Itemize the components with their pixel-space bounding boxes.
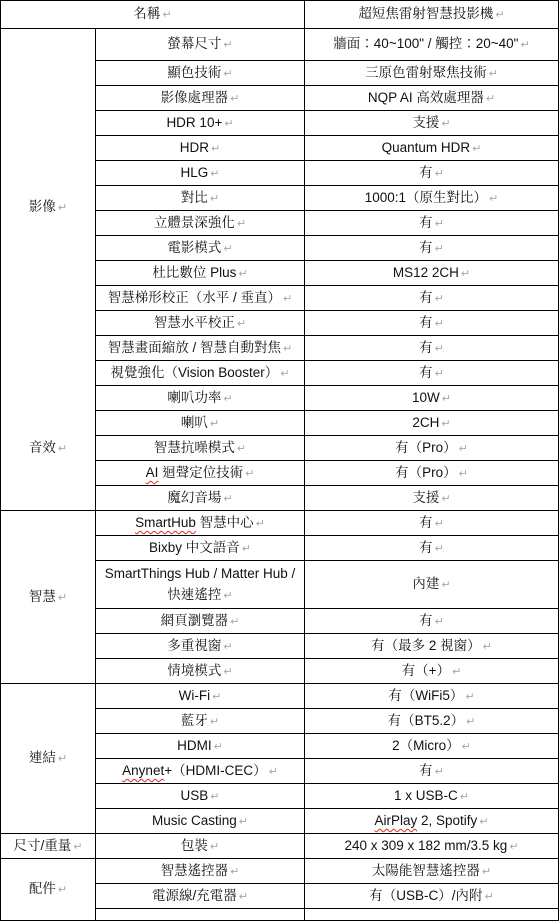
misspelled-word: SmartHub (135, 515, 196, 530)
paragraph-mark-icon: ↵ (237, 443, 246, 455)
paragraph-mark-icon: ↵ (435, 293, 444, 305)
misspelled-word: AirPlay (374, 813, 417, 828)
paragraph-mark-icon: ↵ (223, 243, 232, 255)
value-cell: 有↵ (305, 361, 559, 386)
spec-cell: 立體景深強化↵ (96, 211, 305, 236)
spec-cell: 情境模式↵ (96, 659, 305, 684)
paragraph-mark-icon: ↵ (435, 343, 444, 355)
table-row: 連結↵Wi-Fi↵有（WiFi5）↵ (1, 684, 559, 709)
paragraph-mark-icon: ↵ (239, 891, 248, 903)
spec-cell: 喇叭功率↵ (96, 386, 305, 411)
spec-cell: 杜比數位 Plus↵ (96, 261, 305, 286)
paragraph-mark-icon: ↵ (58, 443, 67, 455)
spec-cell: 對比↵ (96, 186, 305, 211)
category-cell: 音效↵ (1, 386, 96, 511)
paragraph-mark-icon: ↵ (162, 9, 171, 21)
paragraph-mark-icon: ↵ (441, 579, 450, 591)
spec-cell: 影像處理器↵ (96, 86, 305, 111)
category-cell: 尺寸/重量↵ (1, 834, 96, 859)
paragraph-mark-icon: ↵ (442, 393, 451, 405)
paragraph-mark-icon: ↵ (210, 841, 219, 853)
spec-cell: 智慧遙控器↵ (96, 859, 305, 884)
paragraph-mark-icon: ↵ (435, 766, 444, 778)
spec-cell: 智慧抗噪模式↵ (96, 436, 305, 461)
value-cell: 1 x USB-C↵ (305, 784, 559, 809)
paragraph-mark-icon: ↵ (486, 93, 495, 105)
paragraph-mark-icon: ↵ (283, 293, 292, 305)
spec-cell: 顯色技術↵ (96, 61, 305, 86)
spec-cell: HDR↵ (96, 136, 305, 161)
paragraph-mark-icon: ↵ (472, 143, 481, 155)
paragraph-mark-icon: ↵ (58, 592, 67, 604)
category-cell: 影像↵ (1, 29, 96, 386)
spec-cell: HLG↵ (96, 161, 305, 186)
paragraph-mark-icon: ↵ (238, 268, 247, 280)
value-cell: 太陽能智慧遙控器↵ (305, 859, 559, 884)
value-cell: 有↵ (305, 161, 559, 186)
paragraph-mark-icon: ↵ (239, 816, 248, 828)
paragraph-mark-icon: ↵ (466, 716, 475, 728)
spec-cell: 網頁瀏覽器↵ (96, 609, 305, 634)
category-cell: 配件↵ (1, 859, 96, 921)
value-cell: 有（Pro）↵ (305, 436, 559, 461)
paragraph-mark-icon: ↵ (210, 716, 219, 728)
value-cell: 支援↵ (305, 486, 559, 511)
spec-cell: 魔幻音場↵ (96, 486, 305, 511)
header-row: 名稱↵超短焦雷射智慧投影機↵ (1, 1, 559, 29)
paragraph-mark-icon: ↵ (211, 143, 220, 155)
paragraph-mark-icon: ↵ (237, 318, 246, 330)
paragraph-mark-icon: ↵ (482, 866, 491, 878)
paragraph-mark-icon: ↵ (230, 616, 239, 628)
spec-cell: Anynet+（HDMI-CEC）↵ (96, 759, 305, 784)
paragraph-mark-icon: ↵ (283, 343, 292, 355)
spec-cell: Bixby 中文語音↵ (96, 536, 305, 561)
paragraph-mark-icon: ↵ (230, 93, 239, 105)
paragraph-mark-icon: ↵ (435, 518, 444, 530)
paragraph-mark-icon: ↵ (230, 866, 239, 878)
paragraph-mark-icon: ↵ (465, 691, 474, 703)
paragraph-mark-icon: ↵ (435, 168, 444, 180)
value-cell: 有↵ (305, 759, 559, 784)
value-cell: 牆面：40~100" / 觸控：20~40"↵ (305, 29, 559, 61)
paragraph-mark-icon: ↵ (495, 9, 504, 21)
paragraph-mark-icon: ↵ (489, 193, 498, 205)
paragraph-mark-icon: ↵ (210, 193, 219, 205)
spec-cell: 螢幕尺寸↵ (96, 29, 305, 61)
paragraph-mark-icon: ↵ (435, 318, 444, 330)
spec-cell: 藍牙↵ (96, 709, 305, 734)
paragraph-mark-icon: ↵ (280, 368, 289, 380)
paragraph-mark-icon: ↵ (459, 468, 468, 480)
spec-cell: 電影模式↵ (96, 236, 305, 261)
paragraph-mark-icon: ↵ (210, 418, 219, 430)
spec-cell: SmartThings Hub / Matter Hub /快速遙控↵ (96, 561, 305, 609)
table-row: 配件↵智慧遙控器↵太陽能智慧遙控器↵ (1, 859, 559, 884)
value-cell: 有↵ (305, 536, 559, 561)
value-cell: 有（BT5.2）↵ (305, 709, 559, 734)
value-cell: 支援↵ (305, 111, 559, 136)
paragraph-mark-icon: ↵ (460, 791, 469, 803)
misspelled-word: AI (146, 465, 159, 480)
spec-cell: 電源線/充電器↵ (96, 884, 305, 909)
value-cell (305, 909, 559, 921)
paragraph-mark-icon: ↵ (223, 590, 232, 602)
spec-cell: 包裝↵ (96, 834, 305, 859)
value-cell: 有（USB-C）/內附↵ (305, 884, 559, 909)
paragraph-mark-icon: ↵ (483, 641, 492, 653)
value-cell: 有↵ (305, 609, 559, 634)
value-cell: 10W↵ (305, 386, 559, 411)
paragraph-mark-icon: ↵ (509, 841, 518, 853)
table-row: 智慧↵SmartHub 智慧中心↵有↵ (1, 511, 559, 536)
paragraph-mark-icon: ↵ (489, 68, 498, 80)
paragraph-mark-icon: ↵ (435, 243, 444, 255)
paragraph-mark-icon: ↵ (210, 168, 219, 180)
paragraph-mark-icon: ↵ (459, 443, 468, 455)
spec-table-body: 名稱↵超短焦雷射智慧投影機↵影像↵螢幕尺寸↵牆面：40~100" / 觸控：20… (1, 1, 559, 921)
paragraph-mark-icon: ↵ (256, 518, 265, 530)
spec-cell: 喇叭↵ (96, 411, 305, 436)
spec-cell (96, 909, 305, 921)
spec-cell: 智慧梯形校正（水平 / 垂直）↵ (96, 286, 305, 311)
paragraph-mark-icon: ↵ (462, 741, 471, 753)
spec-cell: 智慧水平校正↵ (96, 311, 305, 336)
paragraph-mark-icon: ↵ (58, 884, 67, 896)
header-name-cell: 名稱↵ (1, 1, 305, 29)
table-row: 影像↵螢幕尺寸↵牆面：40~100" / 觸控：20~40"↵ (1, 29, 559, 61)
category-cell: 智慧↵ (1, 511, 96, 684)
paragraph-mark-icon: ↵ (452, 666, 461, 678)
paragraph-mark-icon: ↵ (441, 418, 450, 430)
value-cell: NQP AI 高效處理器↵ (305, 86, 559, 111)
value-cell: 240 x 309 x 182 mm/3.5 kg↵ (305, 834, 559, 859)
misspelled-word: Anynet (122, 763, 164, 778)
paragraph-mark-icon: ↵ (479, 816, 488, 828)
header-product-cell: 超短焦雷射智慧投影機↵ (305, 1, 559, 29)
spec-cell: HDMI↵ (96, 734, 305, 759)
spec-cell: Music Casting↵ (96, 809, 305, 834)
paragraph-mark-icon: ↵ (435, 543, 444, 555)
paragraph-mark-icon: ↵ (58, 202, 67, 214)
spec-cell: 多重視窗↵ (96, 634, 305, 659)
value-cell: 有↵ (305, 211, 559, 236)
paragraph-mark-icon: ↵ (223, 68, 232, 80)
paragraph-mark-icon: ↵ (73, 841, 82, 853)
paragraph-mark-icon: ↵ (223, 641, 232, 653)
value-cell: MS12 2CH↵ (305, 261, 559, 286)
spec-cell: SmartHub 智慧中心↵ (96, 511, 305, 536)
paragraph-mark-icon: ↵ (441, 493, 450, 505)
value-cell: 有（Pro）↵ (305, 461, 559, 486)
value-cell: 有↵ (305, 336, 559, 361)
paragraph-mark-icon: ↵ (435, 368, 444, 380)
value-cell: 內建↵ (305, 561, 559, 609)
spec-table: 名稱↵超短焦雷射智慧投影機↵影像↵螢幕尺寸↵牆面：40~100" / 觸控：20… (0, 0, 559, 921)
value-cell: 有（+）↵ (305, 659, 559, 684)
value-cell: AirPlay 2, Spotify↵ (305, 809, 559, 834)
value-cell: 有↵ (305, 286, 559, 311)
value-cell: 1000:1（原生對比）↵ (305, 186, 559, 211)
document-page: 名稱↵超短焦雷射智慧投影機↵影像↵螢幕尺寸↵牆面：40~100" / 觸控：20… (0, 0, 559, 923)
paragraph-mark-icon: ↵ (237, 218, 246, 230)
paragraph-mark-icon: ↵ (269, 766, 278, 778)
spec-cell: 視覺強化（Vision Booster）↵ (96, 361, 305, 386)
value-cell: 有↵ (305, 236, 559, 261)
paragraph-mark-icon: ↵ (245, 468, 254, 480)
paragraph-mark-icon: ↵ (435, 218, 444, 230)
category-cell: 連結↵ (1, 684, 96, 834)
paragraph-mark-icon: ↵ (461, 268, 470, 280)
value-cell: 有（WiFi5）↵ (305, 684, 559, 709)
paragraph-mark-icon: ↵ (214, 741, 223, 753)
paragraph-mark-icon: ↵ (210, 791, 219, 803)
paragraph-mark-icon: ↵ (223, 666, 232, 678)
paragraph-mark-icon: ↵ (520, 39, 529, 51)
spec-cell: Wi-Fi↵ (96, 684, 305, 709)
paragraph-mark-icon: ↵ (212, 691, 221, 703)
paragraph-mark-icon: ↵ (223, 393, 232, 405)
value-cell: Quantum HDR↵ (305, 136, 559, 161)
paragraph-mark-icon: ↵ (485, 891, 494, 903)
paragraph-mark-icon: ↵ (224, 118, 233, 130)
paragraph-mark-icon: ↵ (58, 753, 67, 765)
paragraph-mark-icon: ↵ (223, 493, 232, 505)
spec-cell: HDR 10+↵ (96, 111, 305, 136)
value-cell: 三原色雷射聚焦技術↵ (305, 61, 559, 86)
table-row: 音效↵喇叭功率↵10W↵ (1, 386, 559, 411)
paragraph-mark-icon: ↵ (242, 543, 251, 555)
value-cell: 2（Micro）↵ (305, 734, 559, 759)
spec-cell: USB↵ (96, 784, 305, 809)
spec-cell: 智慧畫面縮放 / 智慧自動對焦↵ (96, 336, 305, 361)
paragraph-mark-icon: ↵ (441, 118, 450, 130)
spec-cell: AI 迴聲定位技術↵ (96, 461, 305, 486)
value-cell: 有（最多 2 視窗）↵ (305, 634, 559, 659)
paragraph-mark-icon: ↵ (435, 616, 444, 628)
table-row: 尺寸/重量↵包裝↵240 x 309 x 182 mm/3.5 kg↵ (1, 834, 559, 859)
paragraph-mark-icon: ↵ (223, 39, 232, 51)
value-cell: 2CH↵ (305, 411, 559, 436)
value-cell: 有↵ (305, 311, 559, 336)
value-cell: 有↵ (305, 511, 559, 536)
